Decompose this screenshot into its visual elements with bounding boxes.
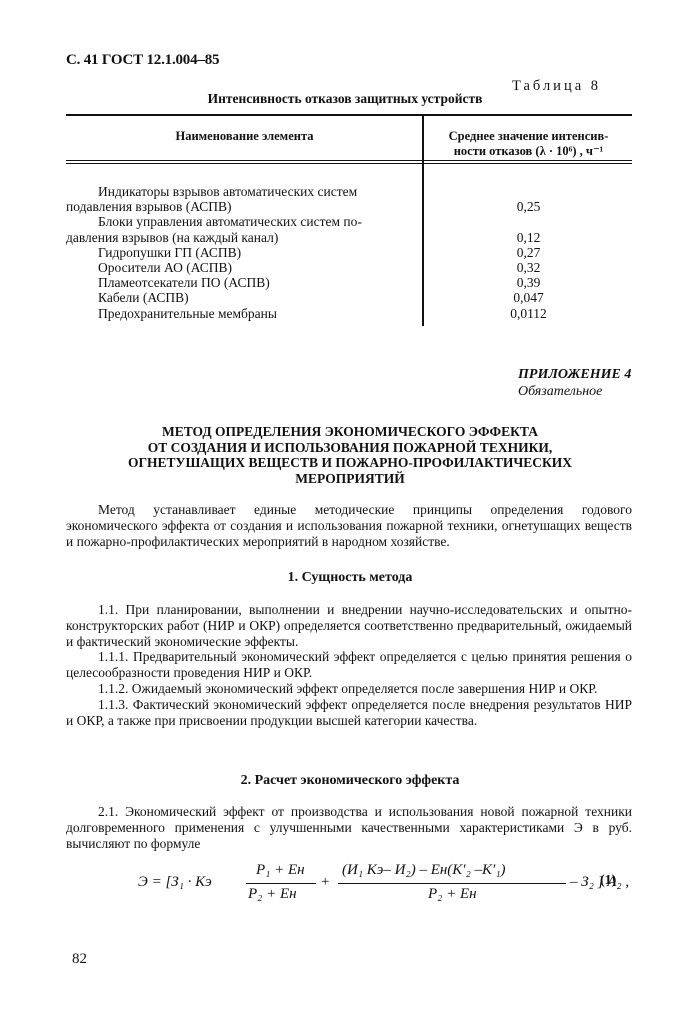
table-cell-value: 0,27 bbox=[425, 245, 632, 260]
formula-frac1-denominator: P₂ + Eн bbox=[248, 886, 297, 903]
table-cell-value: 0,39 bbox=[425, 275, 632, 290]
table-cell-name: Блоки управления автоматических систем п… bbox=[66, 214, 423, 229]
table-cell-name: Гидропушки ГП (АСПВ) bbox=[66, 245, 423, 260]
section-2-body: 2.1. Экономический эффект от производств… bbox=[66, 804, 632, 851]
table-header-rule bbox=[66, 160, 632, 161]
table-cell-value: 0,25 bbox=[425, 199, 632, 214]
paragraph: 1.1.1. Предварительный экономический эфф… bbox=[66, 649, 632, 681]
fraction-bar bbox=[338, 883, 566, 884]
fraction-bar bbox=[246, 883, 316, 884]
formula-frac1-numerator: P₁ + Eн bbox=[256, 862, 305, 879]
column-header-value: Среднее значение интенсив- ности отказов… bbox=[425, 129, 632, 159]
table-title: Интенсивность отказов защитных устройств bbox=[0, 91, 700, 107]
equation-number: (1) bbox=[600, 873, 616, 889]
table-cell-value: 0,047 bbox=[425, 290, 632, 305]
paragraph: 1.1.3. Фактический экономический эффект … bbox=[66, 697, 632, 729]
column-header-name: Наименование элемента bbox=[66, 129, 423, 144]
formula-lhs: Э = [З₁ · Kэ bbox=[138, 874, 212, 891]
page-number: 82 bbox=[72, 951, 87, 968]
table-cell-name: Кабели (АСПВ) bbox=[66, 290, 423, 305]
table-cell-value: 0,32 bbox=[425, 260, 632, 275]
paragraph: 1.1.2. Ожидаемый экономический эффект оп… bbox=[66, 681, 632, 697]
table-cell-value: 0,0112 bbox=[425, 306, 632, 321]
formula-frac2-numerator: (И₁ Kэ– И₂) – Eн(K′₂ –K′₁) bbox=[342, 862, 506, 879]
table-names: Индикаторы взрывов автоматических систем… bbox=[66, 184, 423, 321]
table-cell-name: Пламеотсекатели ПО (АСПВ) bbox=[66, 275, 423, 290]
formula: Э = [З₁ · Kэ P₁ + Eн P₂ + Eн + (И₁ Kэ– И… bbox=[138, 862, 658, 906]
appendix-label: ПРИЛОЖЕНИЕ 4 Обязательное bbox=[518, 366, 631, 400]
paragraph: 1.1. При планировании, выполнении и внед… bbox=[66, 602, 632, 649]
table-header-rule-2 bbox=[66, 163, 632, 164]
table-top-rule bbox=[66, 114, 632, 116]
table-cell-value: 0,12 bbox=[425, 230, 632, 245]
table-cell-name: Предохранительные мембраны bbox=[66, 306, 423, 321]
intro-paragraph: Метод устанавливает единые методические … bbox=[66, 502, 632, 549]
formula-plus: + bbox=[321, 874, 329, 891]
table-cell-name: давления взрывов (на каждый канал) bbox=[66, 230, 423, 245]
page-header: С. 41 ГОСТ 12.1.004–85 bbox=[66, 52, 219, 69]
formula-frac2-denominator: P₂ + Eн bbox=[428, 886, 477, 903]
table-cell-name: Оросители АО (АСПВ) bbox=[66, 260, 423, 275]
table-cell-name: Индикаторы взрывов автоматических систем bbox=[66, 184, 423, 199]
section-1-title: 1. Сущность метода bbox=[0, 570, 700, 586]
table-cell-name: подавления взрывов (АСПВ) bbox=[66, 199, 423, 214]
table-values: 0,25 0,12 0,27 0,32 0,39 0,047 0,0112 bbox=[425, 184, 632, 321]
section-1-body: 1.1. При планировании, выполнении и внед… bbox=[66, 602, 632, 728]
section-2-title: 2. Расчет экономического эффекта bbox=[0, 773, 700, 789]
paragraph: 2.1. Экономический эффект от производств… bbox=[66, 804, 632, 851]
main-title: МЕТОД ОПРЕДЕЛЕНИЯ ЭКОНОМИЧЕСКОГО ЭФФЕКТА… bbox=[0, 424, 700, 486]
